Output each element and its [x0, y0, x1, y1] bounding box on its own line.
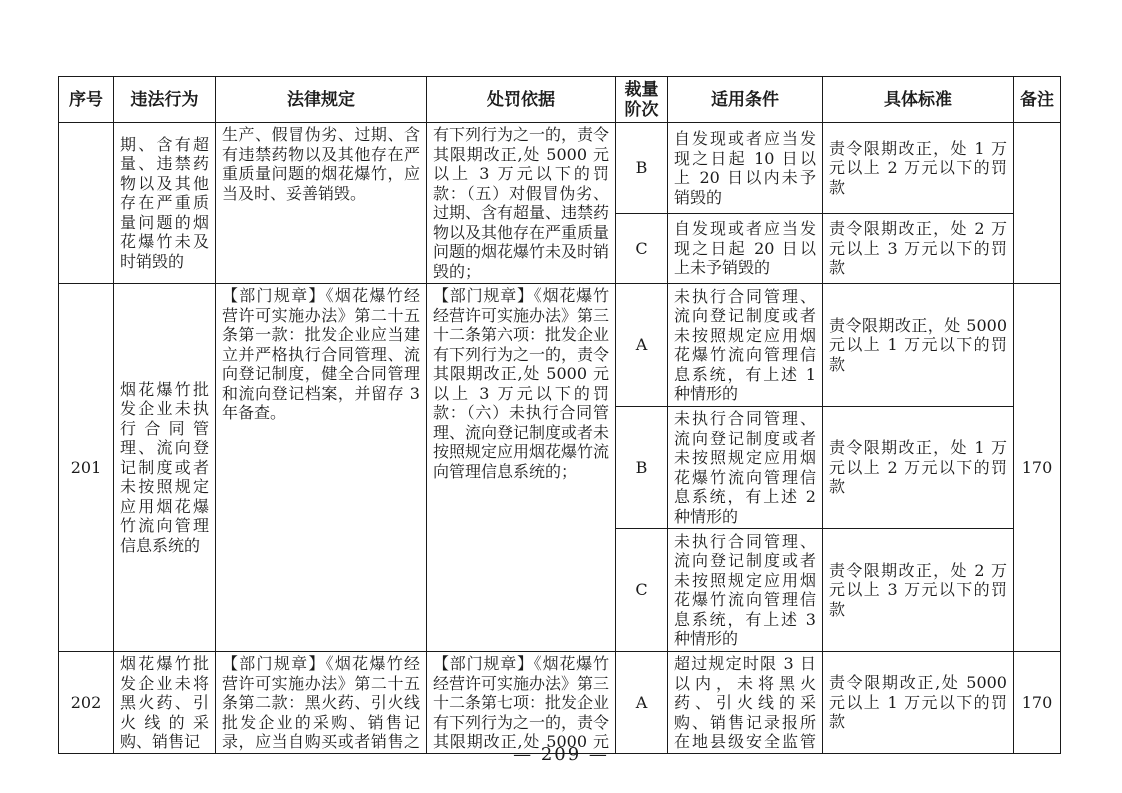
penalty-discretion-table: 序号 违法行为 法律规定 处罚依据 裁量阶次 适用条件 具体标准 备注 期、含有… [58, 76, 1061, 754]
cell-law: 生产、假冒伪劣、过期、含有违禁药物以及其他存在严重质量问题的烟花爆竹，应当及时、… [216, 123, 427, 284]
cell-level: C [616, 529, 668, 652]
col-header-law: 法律规定 [216, 77, 427, 123]
cell-level: A [616, 284, 668, 407]
cell-condition: 自发现或者应当发现之日起 10 日以上 20 日以内未予销毁的 [668, 123, 823, 214]
cell-standard: 责令限期改正,处 5000 元以上 1 万元以下的罚款 [823, 652, 1014, 754]
cell-condition: 未执行合同管理、流向登记制度或者未按照规定应用烟花爆竹流向管理信息系统，有上述 … [668, 529, 823, 652]
cell-note: 170 [1014, 284, 1061, 652]
cell-condition: 未执行合同管理、流向登记制度或者未按照规定应用烟花爆竹流向管理信息系统，有上述 … [668, 407, 823, 529]
table-row: 期、含有超量、违禁药物以及其他存在严重质量问题的烟花爆竹未及时销毁的 生产、假冒… [59, 123, 1061, 214]
cell-seq: 202 [59, 652, 114, 754]
cell-level: B [616, 407, 668, 529]
table-row: 201 烟花爆竹批发企业未执行合同管理、流向登记制度或者未按照规定应用烟花爆竹流… [59, 284, 1061, 407]
cell-condition: 超过规定时限 3 日以内，未将黑火药、引火线的采购、销售记录报所在地县级安全监管… [668, 652, 823, 754]
cell-standard: 责令限期改正，处 5000 元以上 1 万元以下的罚款 [823, 284, 1014, 407]
cell-standard: 责令限期改正，处 2 万元以上 3 万元以下的罚款 [823, 529, 1014, 652]
cell-law: 【部门规章】《烟花爆竹经营许可实施办法》第二十五条第二款：黑火药、引火线批发企业… [216, 652, 427, 754]
cell-condition: 自发现或者应当发现之日起 20 日以上未予销毁的 [668, 214, 823, 284]
cell-seq [59, 123, 114, 284]
cell-standard: 责令限期改正，处 1 万元以上 2 万元以下的罚款 [823, 407, 1014, 529]
col-header-note: 备注 [1014, 77, 1061, 123]
cell-level: C [616, 214, 668, 284]
cell-behavior: 烟花爆竹批发企业未将黑火药、引火线的采购、销售记 [114, 652, 216, 754]
cell-law: 【部门规章】《烟花爆竹经营许可实施办法》第二十五条第一款：批发企业应当建立并严格… [216, 284, 427, 652]
col-header-basis: 处罚依据 [427, 77, 616, 123]
cell-behavior: 期、含有超量、违禁药物以及其他存在严重质量问题的烟花爆竹未及时销毁的 [114, 123, 216, 284]
col-header-standard: 具体标准 [823, 77, 1014, 123]
cell-note [1014, 123, 1061, 284]
cell-standard: 责令限期改正，处 1 万元以上 2 万元以下的罚款 [823, 123, 1014, 214]
col-header-seq: 序号 [59, 77, 114, 123]
table-header-row: 序号 违法行为 法律规定 处罚依据 裁量阶次 适用条件 具体标准 备注 [59, 77, 1061, 123]
col-header-behavior: 违法行为 [114, 77, 216, 123]
cell-condition: 未执行合同管理、流向登记制度或者未按照规定应用烟花爆竹流向管理信息系统，有上述 … [668, 284, 823, 407]
page-number: — 209 — [0, 744, 1122, 765]
cell-level: B [616, 123, 668, 214]
cell-behavior: 烟花爆竹批发企业未执行合同管理、流向登记制度或者未按照规定应用烟花爆竹流向管理信… [114, 284, 216, 652]
cell-basis: 有下列行为之一的，责令其限期改正,处 5000 元以上 3 万元以下的罚款：（五… [427, 123, 616, 284]
cell-basis: 【部门规章】《烟花爆竹经营许可实施办法》第三十二条第六项：批发企业有下列行为之一… [427, 284, 616, 652]
cell-level: A [616, 652, 668, 754]
col-header-condition: 适用条件 [668, 77, 823, 123]
cell-standard: 责令限期改正，处 2 万元以上 3 万元以下的罚款 [823, 214, 1014, 284]
table-row: 202 烟花爆竹批发企业未将黑火药、引火线的采购、销售记 【部门规章】《烟花爆竹… [59, 652, 1061, 754]
col-header-level: 裁量阶次 [616, 77, 668, 123]
cell-seq: 201 [59, 284, 114, 652]
cell-basis: 【部门规章】《烟花爆竹经营许可实施办法》第三十二条第七项：批发企业有下列行为之一… [427, 652, 616, 754]
cell-note: 170 [1014, 652, 1061, 754]
document-page: 序号 违法行为 法律规定 处罚依据 裁量阶次 适用条件 具体标准 备注 期、含有… [0, 0, 1122, 793]
